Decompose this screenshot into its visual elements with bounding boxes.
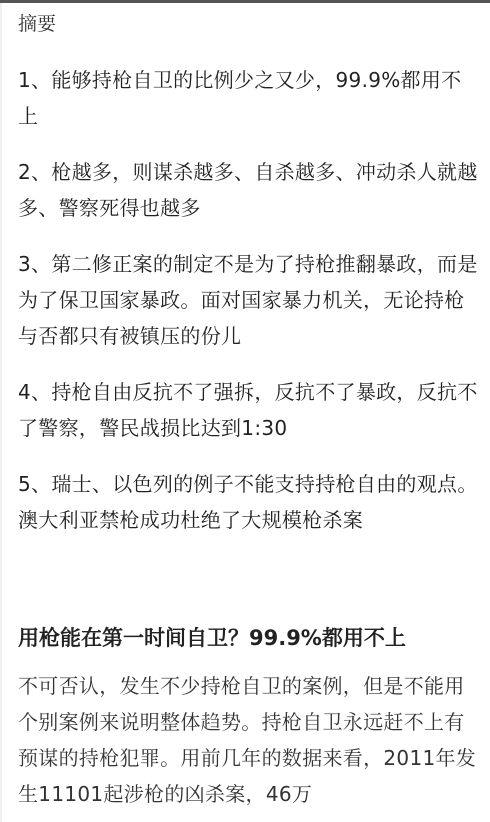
summary-point-4: 4、持枪自由反抗不了强拆，反抗不了暴政，反抗不了警察，警民战损比达到1:30 — [18, 374, 480, 446]
spacer — [18, 558, 480, 620]
article-content: 摘要 1、能够持枪自卫的比例少之又少，99.9%都用不上 2、枪越多，则谋杀越多… — [18, 6, 480, 812]
summary-point-5: 5、瑞士、以色列的例子不能支持持枪自由的观点。澳大利亚禁枪成功杜绝了大规模枪杀案 — [18, 466, 480, 538]
section-paragraph: 不可否认，发生不少持枪自卫的案例，但是不能用个别案例来说明整体趋势。持枪自卫永远… — [18, 668, 480, 812]
summary-point-1: 1、能够持枪自卫的比例少之又少，99.9%都用不上 — [18, 62, 480, 134]
section-heading: 用枪能在第一时间自卫？99.9%都用不上 — [18, 620, 480, 656]
summary-label: 摘要 — [18, 6, 480, 42]
summary-point-2: 2、枪越多，则谋杀越多、自杀越多、冲动杀人就越多、警察死得也越多 — [18, 154, 480, 226]
left-edge — [0, 3, 2, 822]
summary-point-3: 3、第二修正案的制定不是为了持枪推翻暴政，而是为了保卫国家暴政。面对国家暴力机关… — [18, 246, 480, 354]
top-border — [0, 0, 490, 3]
